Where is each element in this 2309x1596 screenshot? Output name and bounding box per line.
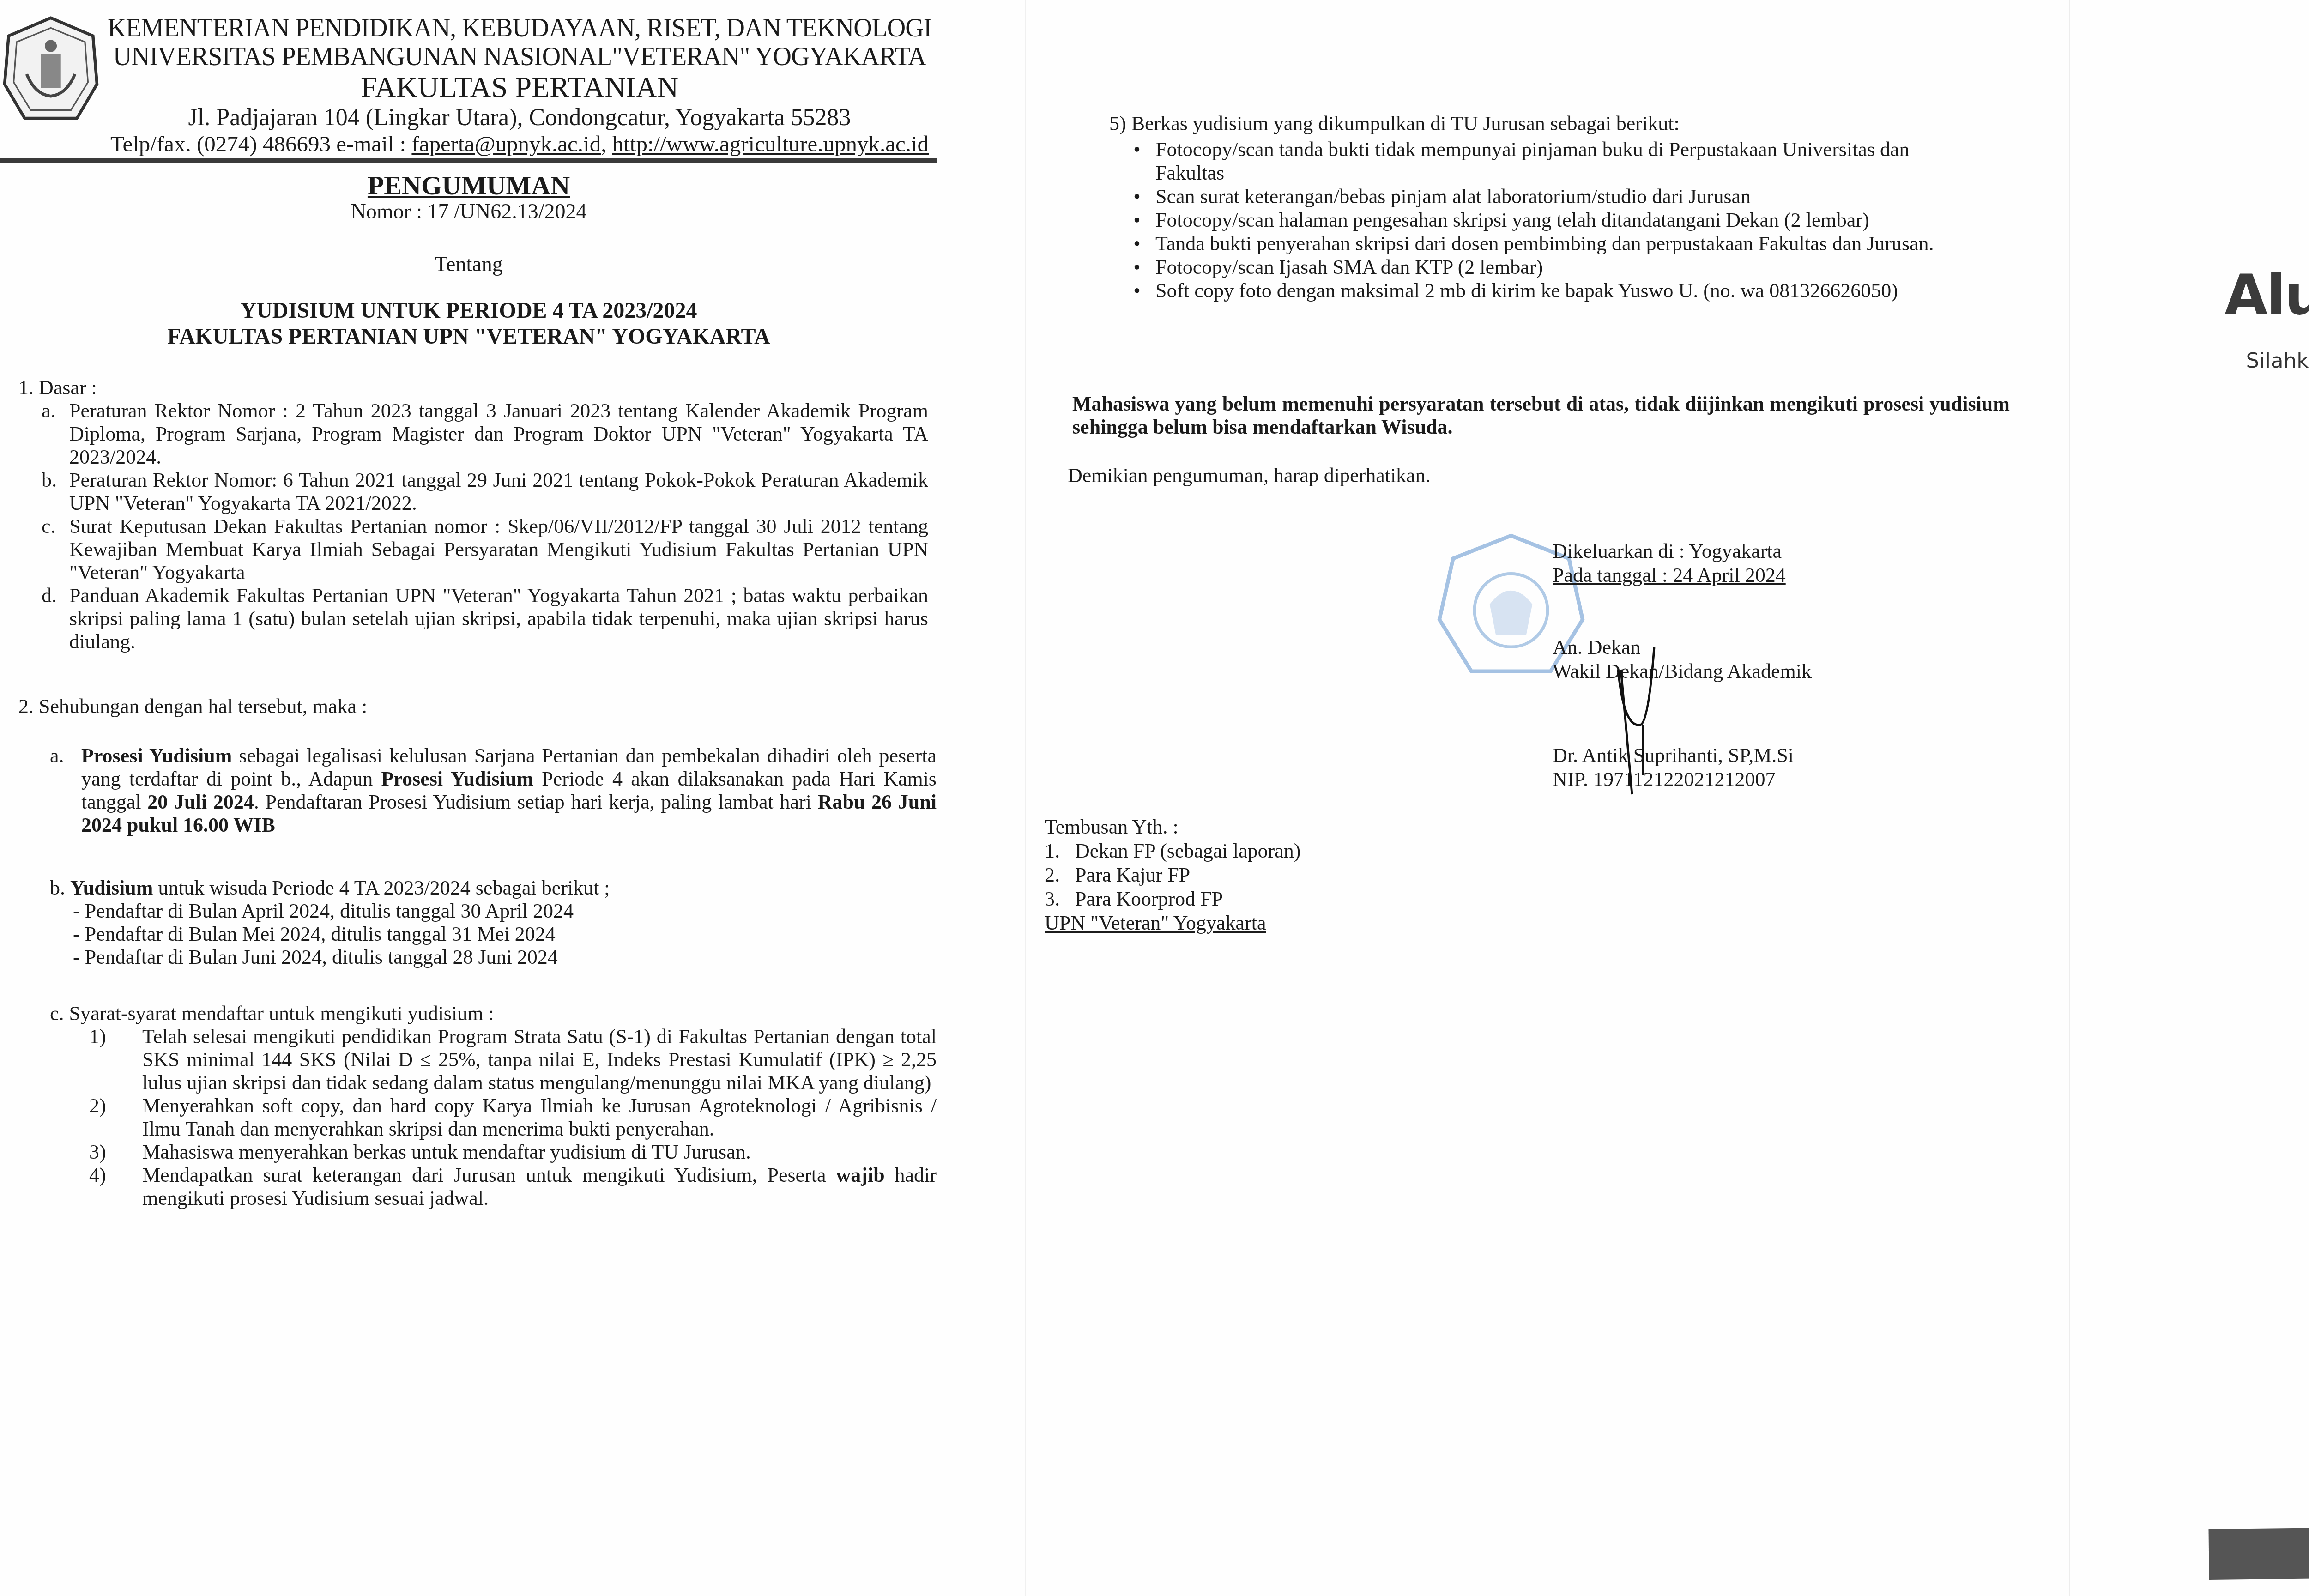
announcement-page-2: 5) Berkas yudisium yang dikumpulkan di T… <box>1025 0 2070 1596</box>
registration-schedule: - Pendaftar di Bulan April 2024, ditulis… <box>50 900 927 969</box>
dasar-item: d.Panduan Akademik Fakultas Pertanian UP… <box>42 584 928 653</box>
point-b-bold: Yudisium <box>70 877 153 899</box>
bullet-icon: • <box>1118 185 1155 208</box>
dasar-heading: 1. Dasar : <box>18 376 97 399</box>
berkas-item-text: Fotocopy/scan Ijasah SMA dan KTP (2 lemb… <box>1155 255 1959 279</box>
closing-text: Demikian pengumuman, harap diperhatikan. <box>1068 464 1431 487</box>
flow-subtitle-line-2: yudisium melalui web https://sadewa.upny… <box>2070 375 2309 404</box>
bullet-icon: • <box>1118 138 1155 185</box>
website-link[interactable]: http://www.agriculture.upnyk.ac.id <box>612 131 929 157</box>
dasar-item-text: Panduan Akademik Fakultas Pertanian UPN … <box>69 584 928 653</box>
requirement-text: Mendapatkan surat keterangan dari Jurusa… <box>142 1164 937 1210</box>
tembusan-item: 3. Para Koorprod FP <box>1045 887 1300 911</box>
berkas-item: •Scan surat keterangan/bebas pinjam alat… <box>1118 185 1959 208</box>
requirement-marker: 1) <box>50 1025 142 1094</box>
contact-separator: , <box>601 131 612 157</box>
dasar-item-text: Surat Keputusan Dekan Fakultas Pertanian… <box>69 515 928 584</box>
issued-date: Pada tanggal : 24 April 2024 <box>1553 563 1812 587</box>
about-label: Tentang <box>0 252 937 276</box>
point-b-marker: b. <box>50 877 65 899</box>
flow-title: Alur Pendaftaran Yudisium <box>2070 263 2309 327</box>
berkas-item: •Fotocopy/scan halaman pengesahan skrips… <box>1118 208 1959 232</box>
footer-band <box>2208 1519 2309 1580</box>
signer-name: Dr. Antik Suprihanti, SP,M.Si <box>1553 744 1812 768</box>
dasar-item-text: Peraturan Rektor Nomor: 6 Tahun 2021 tan… <box>69 469 928 515</box>
signer-nip: NIP. 197112122021212007 <box>1553 768 1812 792</box>
dasar-item-marker: b. <box>42 469 69 515</box>
requirement-marker: 3) <box>50 1141 142 1164</box>
letterhead-ministry: KEMENTERIAN PENDIDIKAN, KEBUDAYAAN, RISE… <box>106 14 933 42</box>
tembusan-list: 1. Dekan FP (sebagai laporan)2. Para Kaj… <box>1045 839 1300 911</box>
point-a-text: Prosesi Yudisium sebagai legalisasi kelu… <box>81 744 937 837</box>
letterhead-address: Jl. Padjajaran 104 (Lingkar Utara), Cond… <box>106 104 933 131</box>
requirement-item: 1)Telah selesai mengikuti pendidikan Pro… <box>50 1025 937 1094</box>
signer-position: Wakil Dekan/Bidang Akademik <box>1553 659 1812 683</box>
bullet-icon: • <box>1118 279 1155 302</box>
requirement-text: Mahasiswa menyerahkan berkas untuk menda… <box>142 1141 937 1164</box>
tembusan-item: 2. Para Kajur FP <box>1045 863 1300 887</box>
email-link[interactable]: faperta@upnyk.ac.id <box>411 131 601 157</box>
dasar-item-text: Peraturan Rektor Nomor : 2 Tahun 2023 ta… <box>69 399 928 469</box>
dasar-list: a.Peraturan Rektor Nomor : 2 Tahun 2023 … <box>42 399 928 653</box>
point-a-prosesi: a. Prosesi Yudisium sebagai legalisasi k… <box>50 744 937 837</box>
berkas-item: •Soft copy foto dengan maksimal 2 mb di … <box>1118 279 1959 302</box>
dasar-item: c.Surat Keputusan Dekan Fakultas Pertani… <box>42 515 928 584</box>
berkas-item-text: Scan surat keterangan/bebas pinjam alat … <box>1155 185 1959 208</box>
tembusan-footer: UPN "Veteran" Yogyakarta <box>1045 911 1300 935</box>
requirements-list: 1)Telah selesai mengikuti pendidikan Pro… <box>50 1025 937 1210</box>
point-a-marker: a. <box>50 744 81 837</box>
contact-phone: Telp/fax. (0274) 486693 e-mail : <box>110 131 411 157</box>
signature-block: Dikeluarkan di : Yogyakarta Pada tanggal… <box>1553 539 1812 792</box>
point-c-requirements: c. Syarat-syarat mendaftar untuk mengiku… <box>50 1002 937 1210</box>
letterhead-divider <box>0 158 937 163</box>
requirement-item: 2)Menyerahkan soft copy, dan hard copy K… <box>50 1094 937 1141</box>
dasar-item-marker: a. <box>42 399 69 469</box>
dasar-item-marker: c. <box>42 515 69 584</box>
flow-subtitle-line-1: Silahkan mengikuti panduan berikut untuk… <box>2070 346 2309 375</box>
subject-line-1: YUDISIUM UNTUK PERIODE 4 TA 2023/2024 <box>0 298 937 324</box>
dasar-item: b.Peraturan Rektor Nomor: 6 Tahun 2021 t… <box>42 469 928 515</box>
berkas-list: •Fotocopy/scan tanda bukti tidak mempuny… <box>1118 138 1959 302</box>
handwritten-signature-icon <box>1613 642 1668 808</box>
requirement-marker: 4) <box>50 1164 142 1210</box>
dasar-item-marker: d. <box>42 584 69 653</box>
requirement-marker: 2) <box>50 1094 142 1141</box>
announcement-title: PENGUMUMAN <box>0 171 937 200</box>
university-seal-icon <box>0 14 102 129</box>
announcement-subject: YUDISIUM UNTUK PERIODE 4 TA 2023/2024 FA… <box>0 298 937 350</box>
on-behalf-label: An. Dekan <box>1553 635 1812 659</box>
berkas-item-text: Tanda bukti penyerahan skripsi dari dose… <box>1155 232 1959 255</box>
announcement-number: Nomor : 17 /UN62.13/2024 <box>0 199 937 224</box>
dasar-item: a.Peraturan Rektor Nomor : 2 Tahun 2023 … <box>42 399 928 469</box>
flow-subtitle: Silahkan mengikuti panduan berikut untuk… <box>2070 346 2309 404</box>
registration-flow-page: Alur Pendaftaran Yudisium Silahkan mengi… <box>2069 0 2309 1596</box>
schedule-line: - Pendaftar di Bulan Mei 2024, ditulis t… <box>73 923 927 946</box>
requirement-item: 3)Mahasiswa menyerahkan berkas untuk men… <box>50 1141 937 1164</box>
bullet-icon: • <box>1118 208 1155 232</box>
tembusan-item: 1. Dekan FP (sebagai laporan) <box>1045 839 1300 863</box>
letterhead-university: UNIVERSITAS PEMBANGUNAN NASIONAL"VETERAN… <box>106 42 933 71</box>
sehubungan-heading: 2. Sehubungan dengan hal tersebut, maka … <box>18 695 367 718</box>
bullet-icon: • <box>1118 232 1155 255</box>
requirement-text: Telah selesai mengikuti pendidikan Progr… <box>142 1025 937 1094</box>
berkas-item-text: Fotocopy/scan halaman pengesahan skripsi… <box>1155 208 1959 232</box>
requirements-heading: c. Syarat-syarat mendaftar untuk mengiku… <box>50 1002 937 1025</box>
announcement-page-1: KEMENTERIAN PENDIDIKAN, KEBUDAYAAN, RISE… <box>0 0 1025 1596</box>
berkas-heading: 5) Berkas yudisium yang dikumpulkan di T… <box>1109 112 1680 135</box>
point-b-yudisium: b. Yudisium untuk wisuda Periode 4 TA 20… <box>50 877 927 969</box>
letterhead-contact: Telp/fax. (0274) 486693 e-mail : faperta… <box>106 131 933 157</box>
berkas-item: •Fotocopy/scan Ijasah SMA dan KTP (2 lem… <box>1118 255 1959 279</box>
subject-line-2: FAKULTAS PERTANIAN UPN "VETERAN" YOGYAKA… <box>0 324 937 350</box>
bullet-icon: • <box>1118 255 1155 279</box>
berkas-item: •Fotocopy/scan tanda bukti tidak mempuny… <box>1118 138 1959 185</box>
requirement-item: 4)Mendapatkan surat keterangan dari Juru… <box>50 1164 937 1210</box>
schedule-line: - Pendaftar di Bulan Juni 2024, ditulis … <box>73 946 927 969</box>
tembusan-heading: Tembusan Yth. : <box>1045 815 1300 839</box>
point-b-text: untuk wisuda Periode 4 TA 2023/2024 seba… <box>153 877 610 899</box>
warning-note: Mahasiswa yang belum memenuhi persyarata… <box>1072 393 2010 439</box>
berkas-item: •Tanda bukti penyerahan skripsi dari dos… <box>1118 232 1959 255</box>
letterhead-faculty: FAKULTAS PERTANIAN <box>106 71 933 103</box>
tembusan-block: Tembusan Yth. : 1. Dekan FP (sebagai lap… <box>1045 815 1300 935</box>
issued-at: Dikeluarkan di : Yogyakarta <box>1553 539 1812 563</box>
requirement-text: Menyerahkan soft copy, dan hard copy Kar… <box>142 1094 937 1141</box>
berkas-item-text: Soft copy foto dengan maksimal 2 mb di k… <box>1155 279 1959 302</box>
schedule-line: - Pendaftar di Bulan April 2024, ditulis… <box>73 900 927 923</box>
berkas-item-text: Fotocopy/scan tanda bukti tidak mempunya… <box>1155 138 1959 185</box>
